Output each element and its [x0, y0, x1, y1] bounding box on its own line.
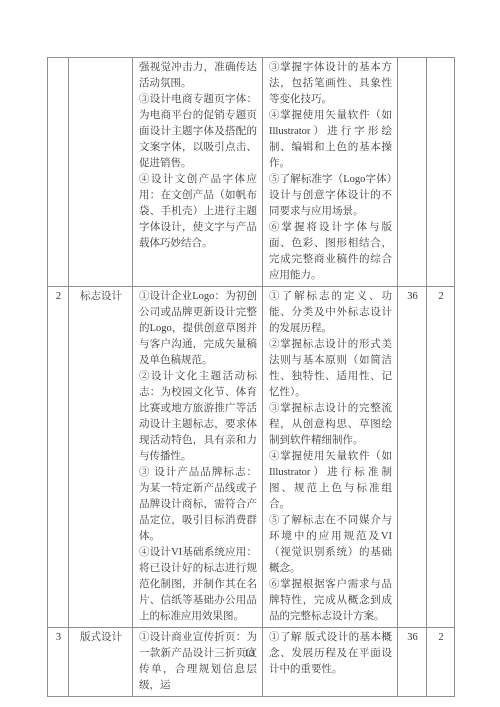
task-item: ②设计文化主题活动标志：为校园文化节、体育比赛或地方旅游推广等活动设计主题标志，… [139, 369, 257, 465]
knowledge-requirements-cell: ①了解 版式设计的基本概念、发展历程及在平面设计中的重要性。 [263, 628, 398, 697]
task-item: ③设计电商专题页字体：为电商平台的促销专题页面设计主题字体及搭配的文案字体，以吸… [139, 92, 257, 172]
requirement-item: ②掌握标志设计的形式美法则与基本原则（如简洁性、独特性、适用性、记忆性）。 [269, 337, 392, 401]
task-item: 强视觉冲击力，准确传达活动氛围。 [139, 60, 257, 92]
task-item: ①设计商业宣传折页：为一款新产品设计三折页宣传单，合理规划信息层级，运 [139, 630, 257, 694]
requirement-item: ③掌握字体设计的基本方法，包括笔画性、具象性等变化技巧。 [269, 60, 392, 108]
work-tasks-cell: 强视觉冲击力，准确传达活动氛围。 ③设计电商专题页字体：为电商平台的促销专题页面… [133, 58, 263, 287]
table-row: 3 版式设计 ①设计商业宣传折页：为一款新产品设计三折页宣传单，合理规划信息层级… [48, 628, 455, 697]
hours-cell [398, 58, 427, 287]
module-name-cell: 标志设计 [69, 287, 133, 628]
requirement-item: ⑤了解标准字（Logo字体）设计与创意字体设计的不同要求与应用场景。 [269, 172, 392, 220]
row-number-cell: 2 [48, 287, 69, 628]
requirement-item: ⑥掌握根据客户需求与品牌特性，完成从概念到成品的完整标志设计方案。 [269, 577, 392, 625]
hours-cell: 36 [398, 287, 427, 628]
task-item: ④设计VI基础系统应用：将已设计好的标志进行规范化制图，并制作其在名片、信纸等基… [139, 545, 257, 625]
requirement-item: ③掌握标志设计的完整流程，从创意构思、草图绘制到软件精细制作。 [269, 401, 392, 449]
course-module-table: 强视觉冲击力，准确传达活动氛围。 ③设计电商专题页字体：为电商平台的促销专题页面… [47, 57, 455, 697]
table-row: 2 标志设计 ①设计企业Logo：为初创公司或品牌更新设计完整的Logo，提供创… [48, 287, 455, 628]
requirement-item: ④掌握使用矢量软件（如Illustrator）进行字形绘制、编辑和上色的基本操作… [269, 108, 392, 172]
document-page: 强视觉冲击力，准确传达活动氛围。 ③设计电商专题页字体：为电商平台的促销专题页面… [0, 0, 500, 707]
row-number-cell [48, 58, 69, 287]
requirement-item: ⑤了解标志在不同媒介与环境中的应用规范及VI（视觉识别系统）的基础概念。 [269, 513, 392, 577]
knowledge-requirements-cell: ①了解标志的定义、功能、分类及中外标志设计的发展历程。 ②掌握标志设计的形式美法… [263, 287, 398, 628]
hours-cell: 36 [398, 628, 427, 697]
table-row: 强视觉冲击力，准确传达活动氛围。 ③设计电商专题页字体：为电商平台的促销专题页面… [48, 58, 455, 287]
page-number: 13 [0, 649, 500, 659]
module-name-cell [69, 58, 133, 287]
module-name-cell: 版式设计 [69, 628, 133, 697]
task-item: ④设计文创产品字体应用：在文创产品（如帆布袋、手机壳）上进行主题字体设计，使文字… [139, 172, 257, 252]
work-tasks-cell: ①设计商业宣传折页：为一款新产品设计三折页宣传单，合理规划信息层级，运 [133, 628, 263, 697]
task-item: ③ 设计产品品牌标志：为某一特定新产品线或子品牌设计商标，需符合产品定位，吸引目… [139, 465, 257, 545]
credits-cell: 2 [427, 287, 455, 628]
credits-cell [427, 58, 455, 287]
task-item: ①设计企业Logo：为初创公司或品牌更新设计完整的Logo，提供创意草图并与客户… [139, 289, 257, 369]
work-tasks-cell: ①设计企业Logo：为初创公司或品牌更新设计完整的Logo，提供创意草图并与客户… [133, 287, 263, 628]
requirement-item: ⑥掌握将设计字体与版面、色彩、图形相结合，完成完整商业稿件的综合应用能力。 [269, 220, 392, 284]
knowledge-requirements-cell: ③掌握字体设计的基本方法，包括笔画性、具象性等变化技巧。 ④掌握使用矢量软件（如… [263, 58, 398, 287]
requirement-item: ④掌握使用矢量软件（如Illustrator）进行标准制图、规范上色与标准组合。 [269, 449, 392, 513]
requirement-item: ①了解标志的定义、功能、分类及中外标志设计的发展历程。 [269, 289, 392, 337]
credits-cell: 2 [427, 628, 455, 697]
row-number-cell: 3 [48, 628, 69, 697]
